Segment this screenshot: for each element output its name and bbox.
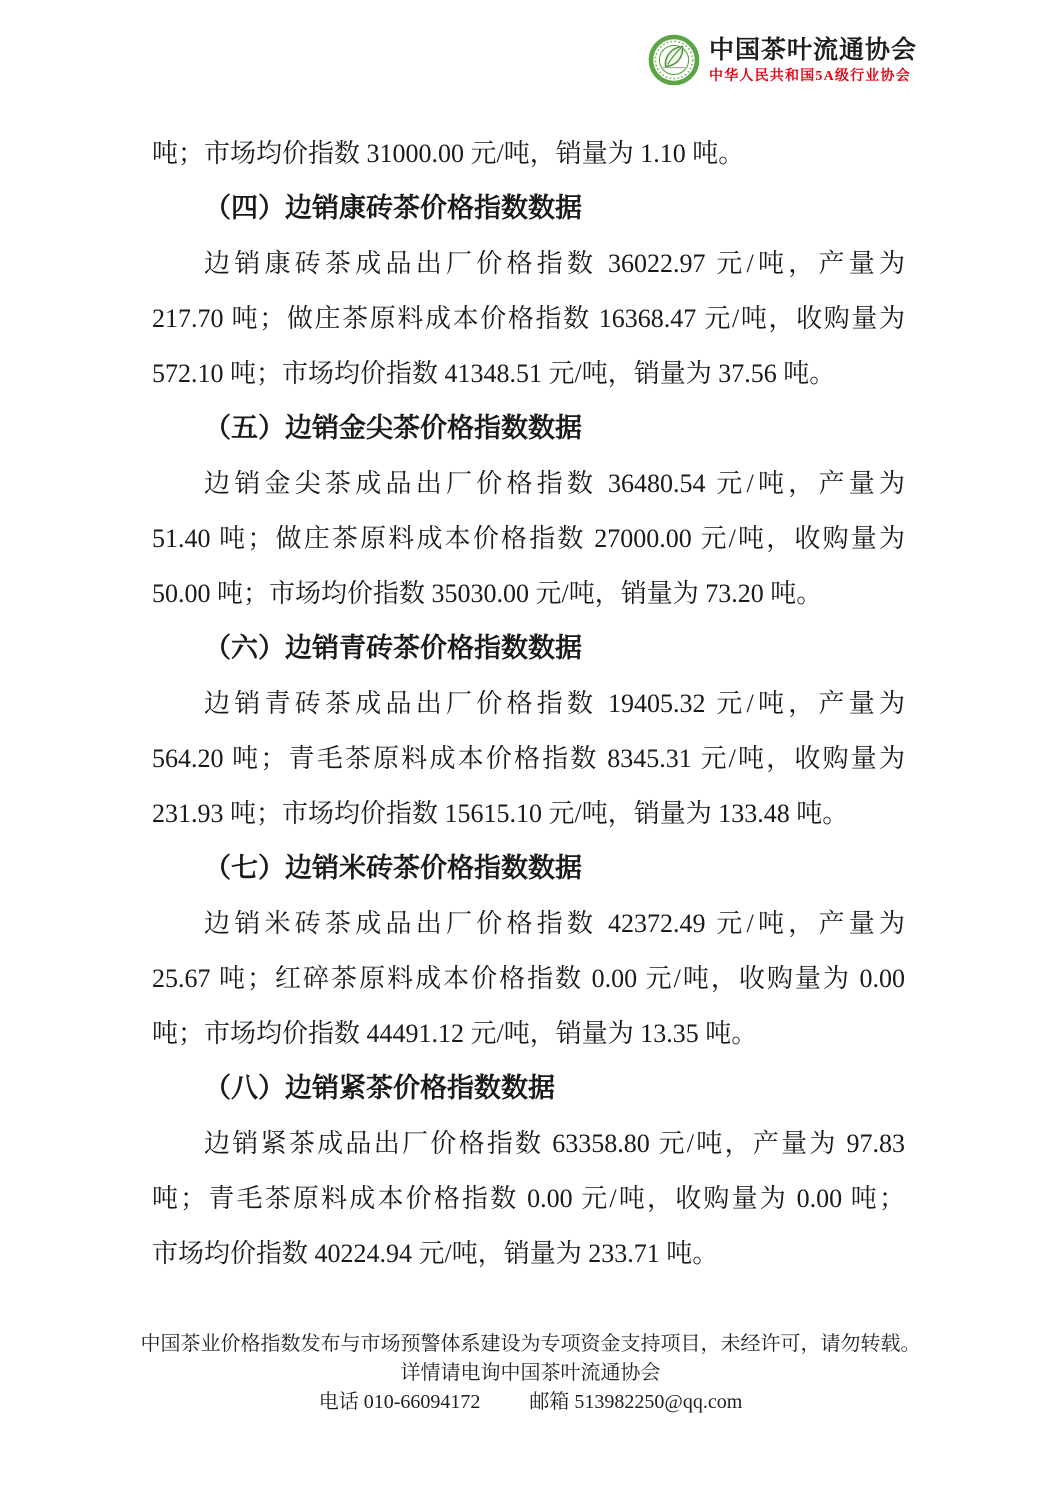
section-heading: （六）边销青砖茶价格指数数据 [152,621,905,676]
body-line: 边销金尖茶成品出厂价格指数 36480.54 元/吨，产量为 [152,456,905,511]
body-line: 吨；市场均价指数 44491.12 元/吨，销量为 13.35 吨。 [152,1006,905,1061]
association-name-block: 中国茶叶流通协会 中华人民共和国5A级行业协会 [709,35,917,86]
body-line: 边销青砖茶成品出厂价格指数 19405.32 元/吨，产量为 [152,676,905,731]
body-line: 564.20 吨；青毛茶原料成本价格指数 8345.31 元/吨，收购量为 [152,731,905,786]
association-logo: 中国茶叶流通协会 中华人民共和国5A级行业协会 [648,34,917,86]
org-subtitle: 中华人民共和国5A级行业协会 [709,68,917,86]
document-body: 吨；市场均价指数 31000.00 元/吨，销量为 1.10 吨。 （四）边销康… [152,126,905,1281]
body-line: 边销康砖茶成品出厂价格指数 36022.97 元/吨，产量为 [152,236,905,291]
body-line: 边销米砖茶成品出厂价格指数 42372.49 元/吨，产量为 [152,896,905,951]
body-line: 51.40 吨；做庄茶原料成本价格指数 27000.00 元/吨，收购量为 [152,511,905,566]
section-heading: （七）边销米砖茶价格指数数据 [152,841,905,896]
body-line: 市场均价指数 40224.94 元/吨，销量为 233.71 吨。 [152,1226,905,1281]
footer-contact-hint: 详情请电询中国茶叶流通协会 [0,1359,1061,1388]
org-name: 中国茶叶流通协会 [709,35,917,67]
section-heading: （五）边销金尖茶价格指数数据 [152,401,905,456]
body-line: 吨；青毛茶原料成本价格指数 0.00 元/吨，收购量为 0.00 吨； [152,1171,905,1226]
section-heading: （八）边销紧茶价格指数数据 [152,1061,905,1116]
body-line: 231.93 吨；市场均价指数 15615.10 元/吨，销量为 133.48 … [152,786,905,841]
footer-notice: 中国茶业价格指数发布与市场预警体系建设为专项资金支持项目，未经许可，请勿转载。 [0,1330,1061,1359]
body-line: 边销紧茶成品出厂价格指数 63358.80 元/吨，产量为 97.83 [152,1116,905,1171]
body-line: 50.00 吨；市场均价指数 35030.00 元/吨，销量为 73.20 吨。 [152,566,905,621]
body-line: 572.10 吨；市场均价指数 41348.51 元/吨，销量为 37.56 吨… [152,346,905,401]
document-page: { "header": { "org_name": "中国茶叶流通协会", "o… [0,0,1061,1500]
footer-phone: 电话 010-66094172 [319,1391,481,1413]
body-line: 吨；市场均价指数 31000.00 元/吨，销量为 1.10 吨。 [152,126,905,181]
section-heading: （四）边销康砖茶价格指数数据 [152,181,905,236]
footer: 中国茶业价格指数发布与市场预警体系建设为专项资金支持项目，未经许可，请勿转载。 … [0,1330,1061,1417]
body-line: 25.67 吨；红碎茶原料成本价格指数 0.00 元/吨，收购量为 0.00 [152,951,905,1006]
body-line: 217.70 吨；做庄茶原料成本价格指数 16368.47 元/吨，收购量为 [152,291,905,346]
tea-association-seal-icon [648,34,700,86]
footer-contact-line: 电话 010-66094172 邮箱 513982250@qq.com [0,1388,1061,1417]
footer-email: 邮箱 513982250@qq.com [529,1391,742,1413]
